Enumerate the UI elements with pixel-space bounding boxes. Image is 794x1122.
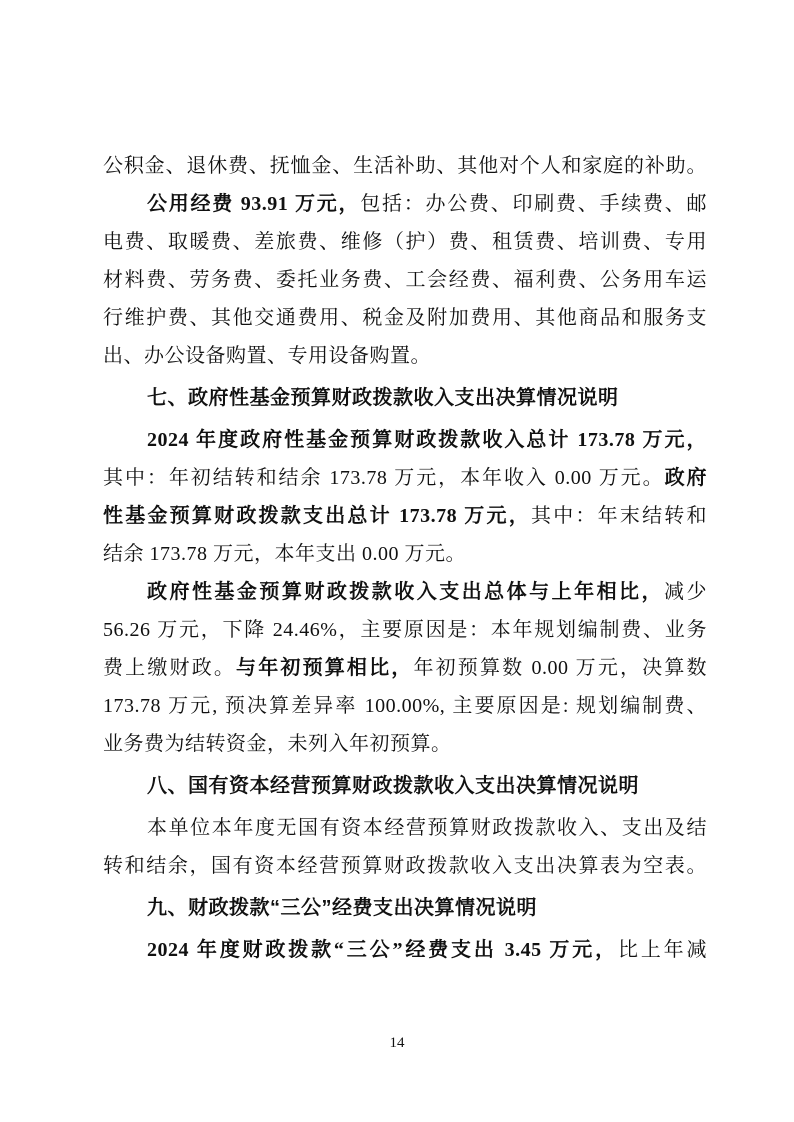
text-run: 业务费为结转资金，未列入年初预算。 [103,733,452,755]
text-line-paragraph-start: 2024 年度政府性基金预算财政拨款收入总计 173.78 万元， [103,421,707,459]
page-number: 14 [0,1033,794,1053]
text-run: 包括：办公费、印刷费、手续费、邮 [360,193,707,215]
text-line-paragraph-start: 政府性基金预算财政拨款收入支出总体与上年相比，减少 [103,573,707,611]
text-run: 年初预算数 0.00 万元，决算数 [413,657,707,679]
bold-text-run: 2024 年度政府性基金预算财政拨款收入总计 173.78 万元， [147,429,707,451]
section-heading-9: 九、财政拨款“三公”经费支出决算情况说明 [103,889,707,927]
text-run: 56.26 万元，下降 24.46%，主要原因是：本年规划编制费、业务 [103,619,707,641]
text-run: 公积金、退休费、抚恤金、生活补助、其他对个人和家庭的补助。 [103,155,707,177]
text-run: 减少 [664,581,707,603]
text-run: 比上年减 [618,939,707,961]
text-line: 材料费、劳务费、委托业务费、工会经费、福利费、公务用车运 [103,261,707,299]
text-run: 173.78 万元, 预决算差异率 100.00%, 主要原因是: 规划编制费、 [103,695,707,717]
text-run: 其中：年初结转和结余 173.78 万元，本年收入 0.00 万元。 [103,467,665,489]
text-line-paragraph-start: 2024 年度财政拨款“三公”经费支出 3.45 万元，比上年减 [103,931,707,969]
bold-text-run: 政府 [665,467,707,489]
text-run: 材料费、劳务费、委托业务费、工会经费、福利费、公务用车运 [103,269,707,291]
text-line: 电费、取暖费、差旅费、维修（护）费、租赁费、培训费、专用 [103,223,707,261]
text-line: 其中：年初结转和结余 173.78 万元，本年收入 0.00 万元。政府 [103,459,707,497]
bold-text-run: 与年初预算相比， [236,657,413,679]
text-run: 出、办公设备购置、专用设备购置。 [103,345,431,367]
bold-text-run: 性基金预算财政拨款支出总计 173.78 万元， [103,505,531,527]
heading-text-run: 八、国有资本经营预算财政拨款收入支出决算情况说明 [147,775,639,797]
bold-text-run: 2024 年度财政拨款“三公”经费支出 3.45 万元， [147,939,618,961]
text-run: 本单位本年度无国有资本经营预算财政拨款收入、支出及结 [147,817,707,839]
text-line-paragraph-end: 业务费为结转资金，未列入年初预算。 [103,725,707,763]
text-line: 行维护费、其他交通费用、税金及附加费用、其他商品和服务支 [103,299,707,337]
section-heading-8: 八、国有资本经营预算财政拨款收入支出决算情况说明 [103,767,707,805]
heading-text-run: 九、财政拨款“三公”经费支出决算情况说明 [147,897,537,919]
text-run: 其中：年末结转和 [531,505,707,527]
text-run: 电费、取暖费、差旅费、维修（护）费、租赁费、培训费、专用 [103,231,707,253]
text-run: 费上缴财政。 [103,657,236,679]
text-line-paragraph-start: 公用经费 93.91 万元，包括：办公费、印刷费、手续费、邮 [103,185,707,223]
text-line: 56.26 万元，下降 24.46%，主要原因是：本年规划编制费、业务 [103,611,707,649]
section-heading-7: 七、政府性基金预算财政拨款收入支出决算情况说明 [103,379,707,417]
text-line-paragraph-end: 转和结余，国有资本经营预算财政拨款收入支出决算表为空表。 [103,847,707,885]
text-line-paragraph-end: 出、办公设备购置、专用设备购置。 [103,337,707,375]
text-line: 费上缴财政。与年初预算相比，年初预算数 0.00 万元，决算数 [103,649,707,687]
document-page: 公积金、退休费、抚恤金、生活补助、其他对个人和家庭的补助。 公用经费 93.91… [0,0,794,1122]
text-run: 结余 173.78 万元，本年支出 0.00 万元。 [103,543,466,565]
text-line-paragraph-end: 公积金、退休费、抚恤金、生活补助、其他对个人和家庭的补助。 [103,147,707,185]
document-body: 公积金、退休费、抚恤金、生活补助、其他对个人和家庭的补助。 公用经费 93.91… [103,147,707,969]
text-line: 173.78 万元, 预决算差异率 100.00%, 主要原因是: 规划编制费、 [103,687,707,725]
text-run: 转和结余，国有资本经营预算财政拨款收入支出决算表为空表。 [103,855,707,877]
bold-text-run: 政府性基金预算财政拨款收入支出总体与上年相比， [147,581,664,603]
heading-text-run: 七、政府性基金预算财政拨款收入支出决算情况说明 [147,387,619,409]
text-line-paragraph-start: 本单位本年度无国有资本经营预算财政拨款收入、支出及结 [103,809,707,847]
text-line: 性基金预算财政拨款支出总计 173.78 万元，其中：年末结转和 [103,497,707,535]
text-line-paragraph-end: 结余 173.78 万元，本年支出 0.00 万元。 [103,535,707,573]
text-run: 行维护费、其他交通费用、税金及附加费用、其他商品和服务支 [103,307,707,329]
bold-text-run: 公用经费 93.91 万元， [147,193,360,215]
